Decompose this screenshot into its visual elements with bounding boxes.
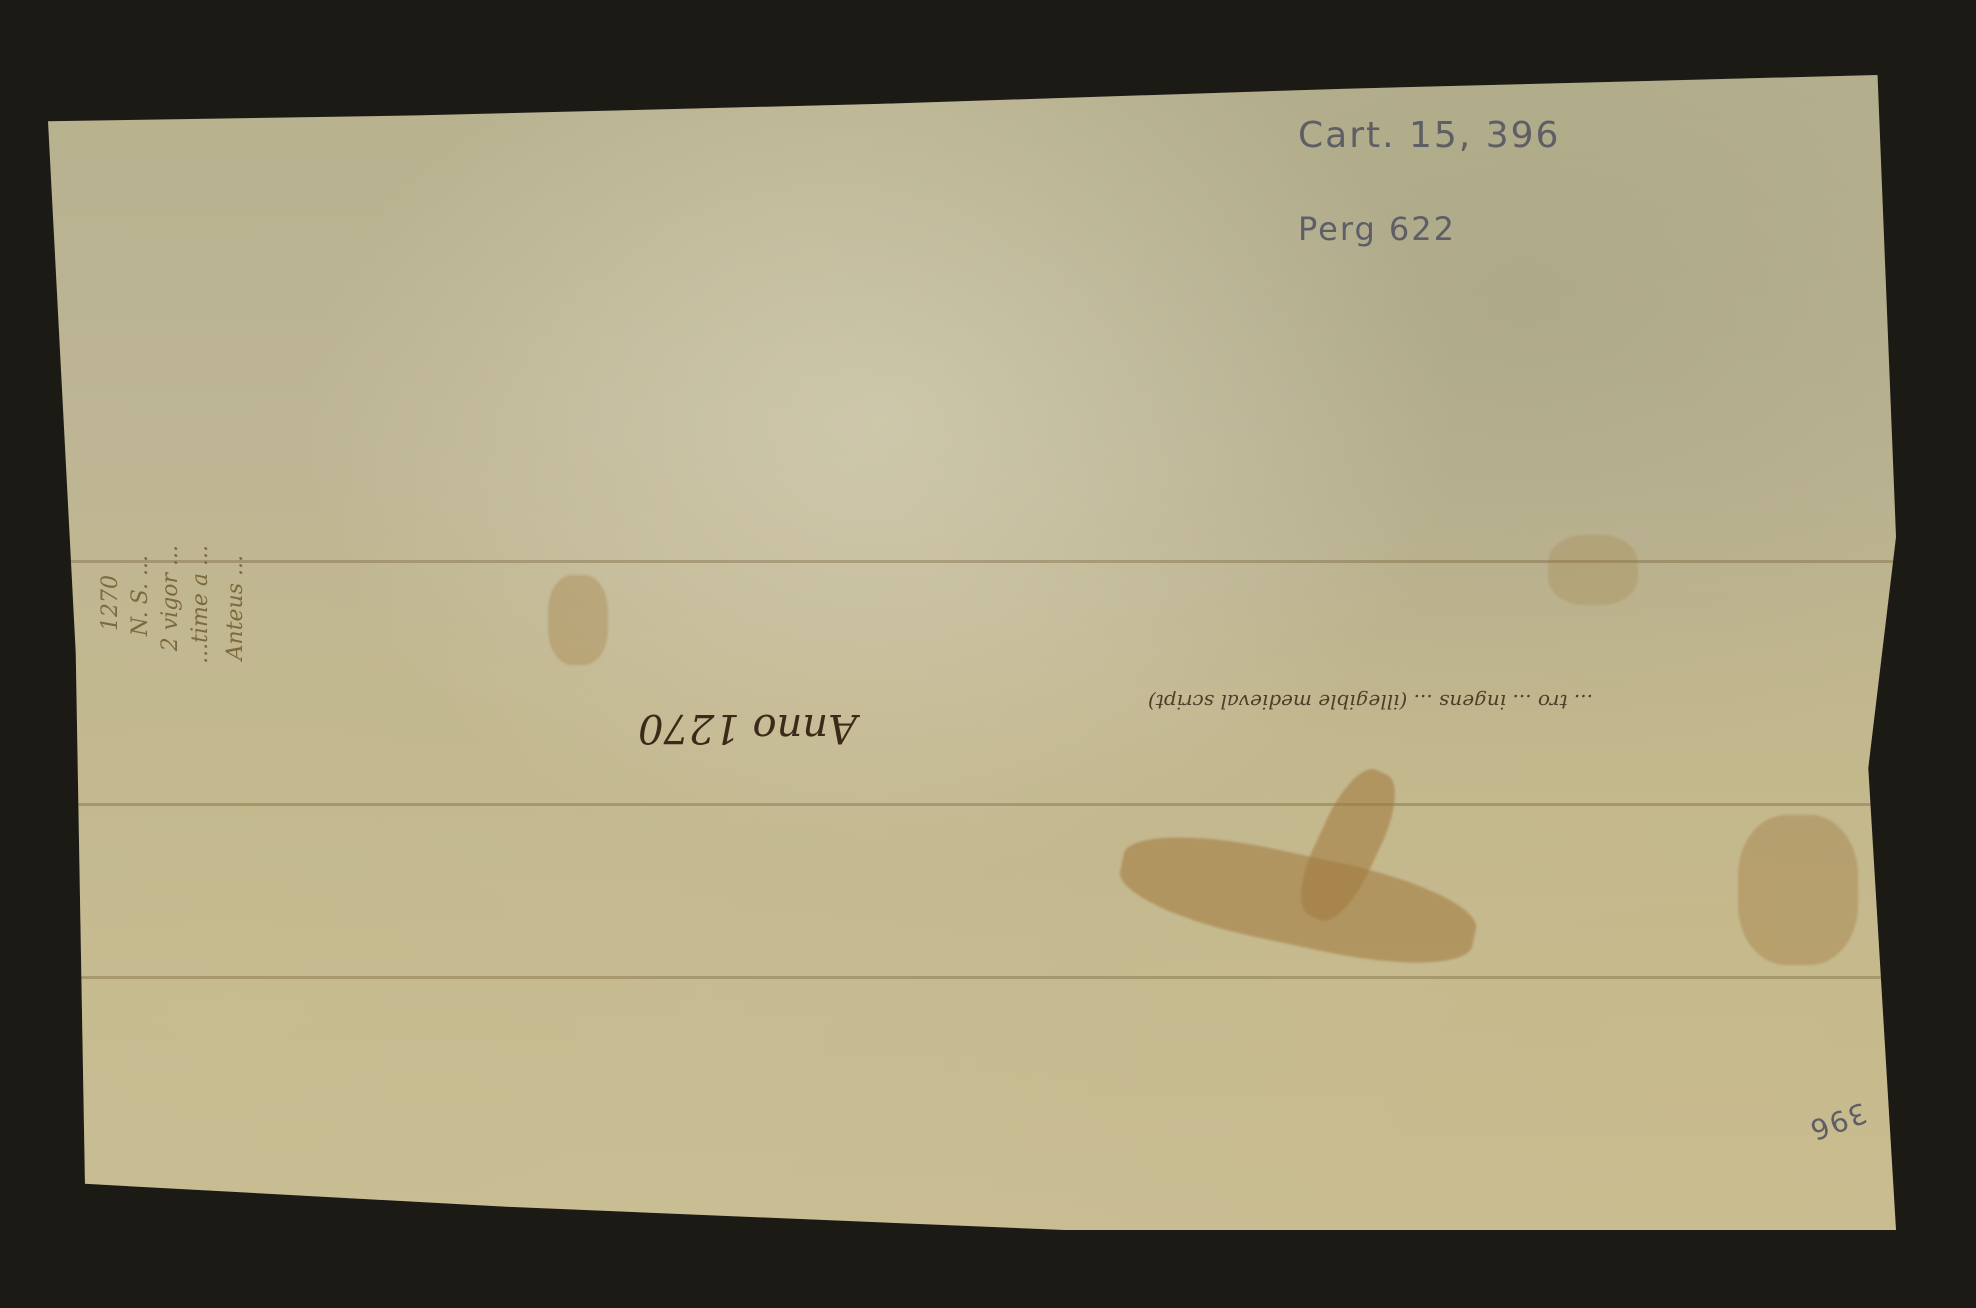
- water-stain: [1738, 815, 1858, 965]
- upside-down-docket: ... tro ... ingens ... (illegible mediev…: [1148, 690, 1593, 714]
- corner-number: 396: [1804, 1096, 1871, 1147]
- margin-note: Anteus ...: [223, 555, 248, 660]
- margin-note: N. S. ...: [128, 555, 153, 636]
- year-annotation: Anno 1270: [638, 705, 857, 751]
- parchment-document: Cart. 15, 396 Perg 622 Anno 1270 ... tro…: [48, 75, 1896, 1230]
- fold-line: [48, 976, 1896, 979]
- water-stain: [1548, 535, 1638, 605]
- shelfmark-note: Cart. 15, 396: [1298, 115, 1560, 156]
- water-stain: [548, 575, 608, 665]
- perg-number-note: Perg 622: [1298, 210, 1456, 248]
- margin-note: 1270: [98, 575, 123, 631]
- margin-note: ...time a ...: [188, 545, 213, 664]
- fold-line: [48, 803, 1896, 806]
- water-stain: [1113, 819, 1484, 982]
- margin-note: 2 vigor ...: [158, 545, 183, 651]
